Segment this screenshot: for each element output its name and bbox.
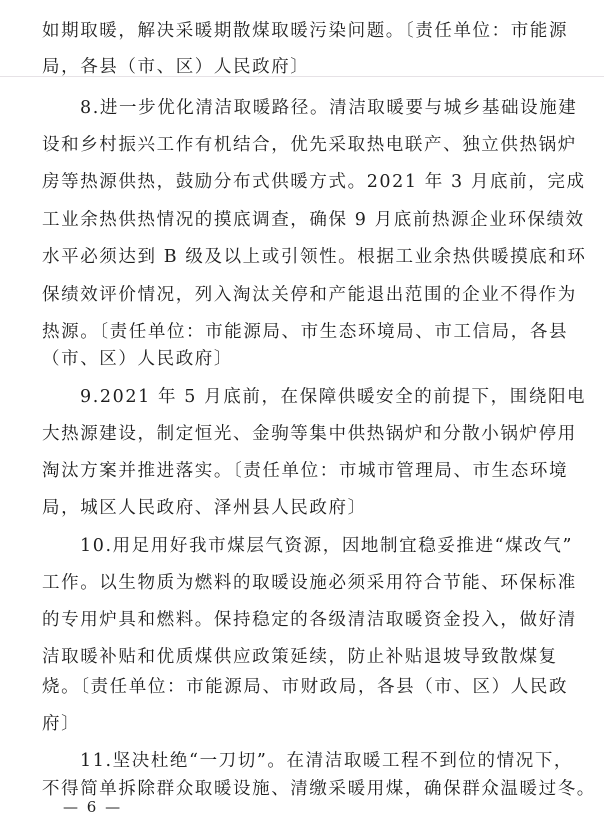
paragraph-9-start: 9.2021 年 5 月底前，在保障供暖安全的前提下，围绕阳电	[80, 386, 586, 408]
text-line: 如期取暖，解决采暖期散煤取暖污染问题。〔责任单位：市能源	[42, 20, 568, 42]
text-line: 局，各县（市、区）人民政府〕	[42, 56, 309, 78]
page-number: — 6 —	[63, 798, 122, 816]
text-line: 大热源建设，制定恒光、金驹等集中供热锅炉和分散小锅炉停用	[42, 423, 577, 445]
text-line: 工作。以生物质为燃料的取暖设施必须采用符合节能、环保标准	[42, 572, 577, 594]
text-line: 工业余热供热情况的摸底调查，确保 9 月底前热源企业环保绩效	[42, 209, 585, 231]
text-line: 房等热源供热，鼓励分布式供暖方式。2021 年 3 月底前，完成	[42, 171, 586, 193]
text-line: 的专用炉具和燃料。保持稳定的各级清洁取暖资金投入，做好清	[42, 609, 577, 631]
text-line: 烧。〔责任单位：市能源局、市财政局，各县（市、区）人民政	[42, 676, 568, 698]
paragraph-11-start: 11.坚决杜绝“一刀切”。在清洁取暖工程不到位的情况下，	[80, 750, 573, 772]
text-line: 不得简单拆除群众取暖设施、清缴采暖用煤，确保群众温暖过冬。	[42, 778, 596, 800]
text-line: 淘汰方案并推进落实。〔责任单位：市城市管理局、市生态环境	[42, 460, 568, 482]
text-line: 府〕	[42, 713, 80, 735]
paragraph-8-start: 8.进一步优化清洁取暖路径。清洁取暖要与城乡基础设施建	[80, 97, 577, 119]
text-line: 保绩效评价情况，列入淘汰关停和产能退出范围的企业不得作为	[42, 284, 577, 306]
paragraph-10-start: 10.用足用好我市煤层气资源，因地制宜稳妥推进“煤改气”	[80, 535, 573, 557]
text-line: 设和乡村振兴工作有机结合，优先采取热电联产、独立供热锅炉	[42, 134, 577, 156]
text-line: 局，城区人民政府、泽州县人民政府〕	[42, 497, 367, 519]
text-line: 热源。〔责任单位：市能源局、市生态环境局、市工信局，各县	[42, 321, 568, 343]
text-line: 水平必须达到 B 级及以上或引领性。根据工业余热供暖摸底和环	[42, 246, 586, 268]
text-line: （市、区）人民政府〕	[42, 348, 233, 370]
text-line: 洁取暖补贴和优质煤供应政策延续，防止补贴退坡导致散煤复	[42, 646, 558, 668]
